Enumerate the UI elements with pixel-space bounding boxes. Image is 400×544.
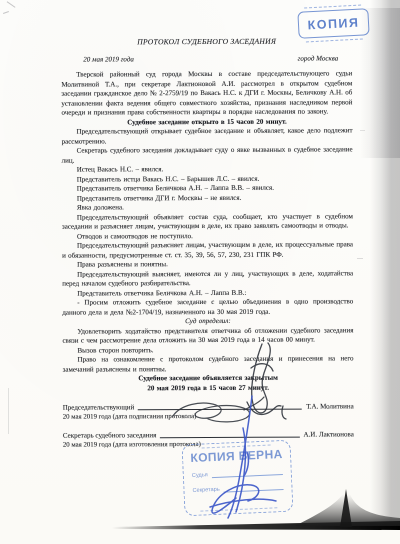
doc-paragraph: Председательствующий открывает судебное … bbox=[62, 126, 353, 146]
judge-signature-row: Председательствующий Т.А. Молитвина bbox=[63, 402, 354, 411]
doc-paragraph: Секретарь судебного заседания докладывае… bbox=[62, 145, 353, 165]
judge-signature-label: Председательствующий bbox=[63, 403, 135, 411]
judge-name: Т.А. Молитвина bbox=[306, 402, 354, 410]
doc-paragraph: Председательствующий выясняет, имеются л… bbox=[62, 269, 353, 289]
copy-verified-text: КОПИЯ ВЕРНА bbox=[183, 447, 291, 466]
secretary-name: А.И. Лактионова bbox=[303, 430, 353, 438]
doc-paragraph: Право на ознакомление с протоколом судеб… bbox=[63, 354, 354, 374]
dateline: 20 мая 2019 года город Москва bbox=[83, 54, 338, 63]
judge-signature-line bbox=[137, 409, 302, 411]
stamp-microtext bbox=[200, 507, 277, 511]
secretary-signature-row: Секретарь судебного заседания А.И. Лакти… bbox=[63, 430, 354, 439]
doc-paragraph: Председательствующий разъясняет лицам, у… bbox=[62, 240, 353, 260]
bleed-through-mark bbox=[360, 130, 365, 131]
signature-block: Председательствующий Т.А. Молитвина 20 м… bbox=[63, 402, 354, 448]
document-date: 20 мая 2019 года bbox=[83, 55, 134, 63]
stamp-secretary-label: Секретарь bbox=[192, 487, 220, 494]
doc-paragraph: Председательствующий объявляет состав су… bbox=[62, 212, 353, 232]
copy-stamp-text: КОПИЯ bbox=[307, 15, 359, 32]
motion-paragraph: - Просим отложить судебное заседание с ц… bbox=[62, 297, 353, 317]
judge-date-note: 20 мая 2019 года (дата подписания проток… bbox=[63, 412, 354, 420]
bleed-through-mark bbox=[357, 258, 363, 259]
scan-speck bbox=[8, 388, 9, 434]
copy-stamp: КОПИЯ bbox=[297, 8, 369, 39]
document-body: /* placeholder removed */ ПРОТОКОЛ СУДЕБ… bbox=[61, 27, 354, 448]
stamp-judge-line bbox=[212, 474, 283, 478]
document-city: город Москва bbox=[298, 54, 339, 62]
secretary-signature-line bbox=[159, 437, 299, 439]
stamp-secretary-line bbox=[224, 489, 284, 493]
scanned-court-protocol-page: /* placeholder removed */ ПРОТОКОЛ СУДЕБ… bbox=[0, 0, 400, 544]
scan-speck bbox=[7, 1, 16, 8]
stamp-microtext bbox=[304, 5, 362, 9]
stamp-judge-row: Судья bbox=[184, 469, 291, 480]
ruling-paragraph: Удовлетворить ходатайство представителя … bbox=[62, 326, 353, 346]
session-closed-line-2: 20 мая 2019 года в 15 часов 27 минут. bbox=[63, 383, 354, 394]
case-intro-paragraph: Тверской районный суд города Москвы в со… bbox=[61, 69, 352, 118]
secretary-signature-label: Секретарь судебного заседания bbox=[63, 431, 157, 439]
stamp-judge-label: Судья bbox=[192, 472, 208, 479]
copy-verified-stamp: КОПИЯ ВЕРНА Судья Секретарь bbox=[181, 440, 293, 517]
scan-speck bbox=[3, 11, 9, 14]
stamp-secretary-row: Секретарь bbox=[184, 484, 291, 495]
